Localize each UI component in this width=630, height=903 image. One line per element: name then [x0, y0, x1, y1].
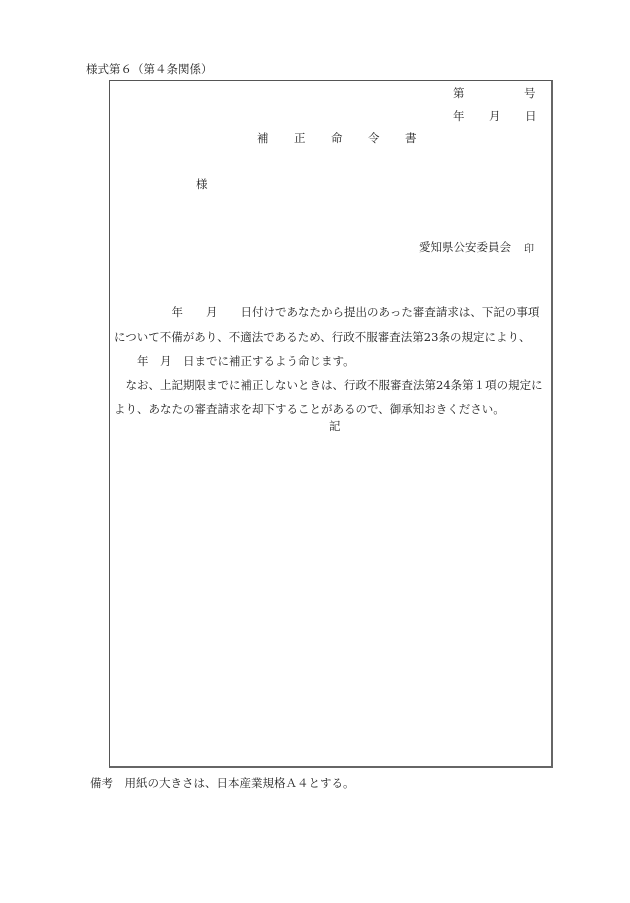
body-line: について不備があり、不適法であるため、行政不服審査法第23条の規定により、	[114, 330, 530, 344]
title-char: 補	[257, 131, 294, 145]
body-line: 年 月 日付けであなたから提出のあった審査請求は、下記の事項	[114, 305, 539, 319]
issuer-name: 愛知県公安委員会	[419, 240, 511, 254]
body-line: より、あなたの審査請求を却下することがあるので、御承知おきください。	[114, 402, 505, 416]
title-char: 令	[368, 131, 405, 145]
body-line: 年 月 日までに補正するよう命じます。	[114, 354, 355, 368]
title-char: 命	[331, 131, 368, 145]
title-char: 書	[405, 131, 442, 145]
addressee-honorific: 様	[196, 177, 208, 191]
date-month-label: 月	[489, 109, 501, 123]
seal-mark: 印	[524, 240, 534, 255]
section-heading-ki: 記	[329, 419, 341, 433]
remark-note: 備考 用紙の大きさは、日本産業規格Ａ４とする。	[90, 776, 355, 790]
document-number-prefix: 第	[453, 86, 465, 100]
date-day-label: 日	[525, 109, 537, 123]
document-number-suffix: 号	[524, 86, 536, 100]
document-title: 補正命令書	[257, 131, 442, 145]
body-line: なお、上記期限までに補正しないときは、行政不服審査法第24条第１項の規定に	[114, 378, 543, 392]
title-char: 正	[294, 131, 331, 145]
form-number-label: 様式第６（第４条関係）	[86, 62, 213, 76]
date-year-label: 年	[453, 109, 465, 123]
